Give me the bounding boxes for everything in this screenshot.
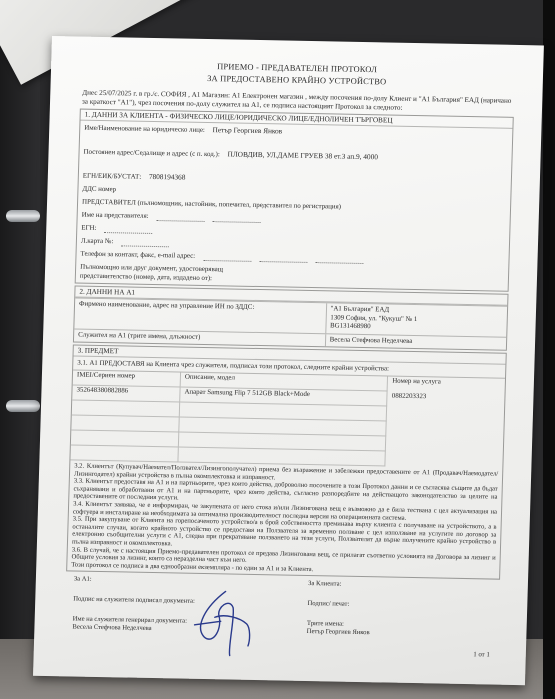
- background-page-line: в случай на прекратяване: [0, 0, 200, 2]
- binder-background: [0, 0, 40, 699]
- a1-company-value: "А1 България" ЕАД 1309 София, ул. "Кукуш…: [325, 303, 507, 336]
- contact-label: Телефон за контакт, факс, e-mail адрес:: [80, 251, 195, 260]
- client-address-label: Постоянен адрес/Седалище и адрес (с п. к…: [83, 149, 219, 159]
- terms-text: 3.2. Клиентът (Купувач/Наемател/Ползвате…: [67, 460, 502, 579]
- rep-egn-label: ЕГН:: [81, 225, 96, 232]
- a1-data-section: 2. ДАННИ НА А1 Фирмено наименование, адр…: [73, 285, 509, 350]
- column-header-service-number: Номер на услуга: [388, 377, 505, 393]
- document-title: ПРИЕМО - ПРЕДАВАТЕЛЕН ПРОТОКОЛ ЗА ПРЕДОС…: [51, 58, 544, 91]
- a1-company-label: Фирмено наименование, адрес на управлени…: [74, 298, 325, 332]
- protocol-document: ПРИЕМО - ПРЕДАВАТЕЛЕН ПРОТОКОЛ ЗА ПРЕДОС…: [33, 36, 544, 685]
- binder-ring: [6, 400, 40, 412]
- client-signature-column: За Клиента: Подпис/ печат: Трите имена: …: [307, 580, 500, 640]
- device-service-number: 0882203323: [388, 392, 505, 408]
- client-name-value: Петър Георгиев Янков: [212, 125, 282, 135]
- a1-employee-value: Весела Стефчова Неделчева: [324, 334, 506, 350]
- right-edge-shadow: [543, 0, 555, 699]
- subject-section: 3. ПРЕДМЕТ 3.1. А1 ПРЕДОСТАВЯ на Клиента…: [66, 344, 507, 580]
- signature-block: За А1: Подпис на служителя подписал доку…: [72, 576, 500, 640]
- client-name-label: Име/Наименование на юридическо лице:: [84, 125, 205, 134]
- binder-ring: [6, 210, 40, 222]
- handwritten-signature-icon: [184, 587, 266, 659]
- device-table: IMEI/Сериен номер Описание, модел Номер …: [70, 369, 505, 468]
- rep-name-label: Име на представителя:: [82, 212, 149, 220]
- client-data-section: 1. ДАННИ ЗА КЛИЕНТА - ФИЗИЧЕСКО ЛИЦЕ/ЮРИ…: [75, 109, 514, 292]
- client-address-value: ПЛОВДИВ, УЛ.ДАМЕ ГРУЕВ 38 ет.3 ап.9, 400…: [227, 149, 378, 161]
- rep-id-label: Л.карта №:: [81, 238, 114, 246]
- client-egn-label: ЕГН/ЕИК/БУСТАТ:: [83, 173, 142, 181]
- client-label: За Клиента:: [308, 580, 500, 592]
- client-egn-value: 7808194368: [149, 172, 186, 182]
- page-number: 1 от 1: [473, 651, 490, 658]
- poa-label: Пълномощно или друг документ, удостоверя…: [76, 261, 235, 286]
- client-sign-label: Подпис/ печат:: [307, 600, 499, 612]
